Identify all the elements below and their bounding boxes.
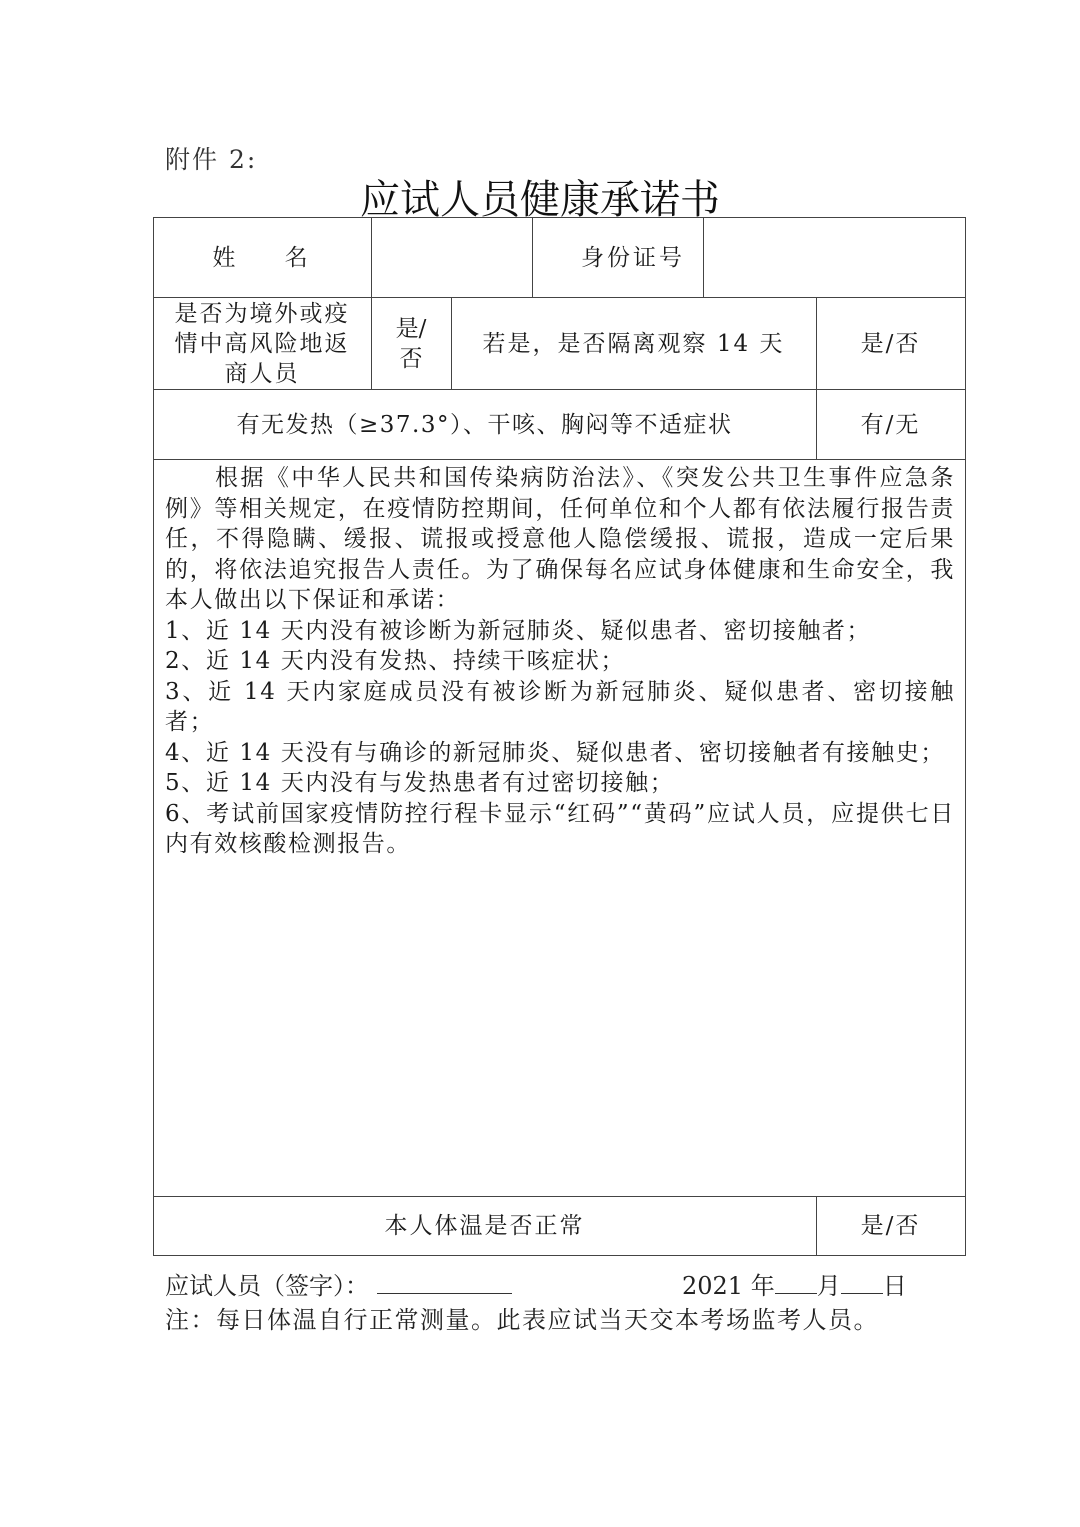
overseas-risk-question: 是否为境外或疫 情中高风险地返 商人员 [153,297,371,390]
footnote: 注：每日体温自行正常测量。此表应试当天交本考场监考人员。 [165,1300,879,1335]
commitment-item-2: 2、近 14 天内没有发热、持续干咳症状； [165,646,955,677]
overseas-risk-answer[interactable]: 是/ 否 [371,297,451,390]
commitment-item-5: 5、近 14 天内没有与发热患者有过密切接触； [165,768,955,799]
signature-row: 应试人员（签字）： [165,1266,512,1301]
name-label: 姓 名 [153,217,371,298]
id-number-label: 身份证号 [533,217,703,298]
temperature-answer[interactable]: 是/否 [816,1196,965,1256]
commitment-intro: 根据《中华人民共和国传染病防治法》、《突发公共卫生事件应急条例》等相关规定，在疫… [165,463,955,616]
date-day-field[interactable] [841,1271,883,1294]
question-line: 商人员 [225,359,300,389]
temperature-question: 本人体温是否正常 [153,1196,816,1256]
date-month-label: 月 [817,1272,841,1300]
date-day-label: 日 [883,1272,907,1300]
symptoms-answer[interactable]: 有/无 [816,389,965,460]
name-input-cell[interactable] [372,218,532,297]
symptoms-question: 有无发热（≥37.3°）、干咳、胸闷等不适症状 [153,389,816,460]
commitment-text: 根据《中华人民共和国传染病防治法》、《突发公共卫生事件应急条例》等相关规定，在疫… [165,463,955,860]
date-year: 2021 年 [682,1272,775,1300]
quarantine-question: 若是，是否隔离观察 14 天 [451,297,816,390]
answer-line: 否 [400,344,423,374]
id-number-input-cell[interactable] [704,218,965,297]
question-line: 情中高风险地返 [175,329,350,359]
date-month-field[interactable] [775,1271,817,1294]
commitment-item-1: 1、近 14 天内没有被诊断为新冠肺炎、疑似患者、密切接触者； [165,616,955,647]
answer-line: 是/ [396,314,427,344]
question-line: 是否为境外或疫 [175,299,350,329]
signature-label: 应试人员（签字）： [165,1272,369,1300]
date-row: 2021 年月日 [682,1266,907,1301]
commitment-item-6: 6、考试前国家疫情防控行程卡显示“红码”“黄码”应试人员，应提供七日内有效核酸检… [165,799,955,860]
commitment-item-4: 4、近 14 天没有与确诊的新冠肺炎、疑似患者、密切接触者有接触史； [165,738,955,769]
quarantine-answer[interactable]: 是/否 [816,297,965,390]
signature-field[interactable] [377,1271,512,1294]
commitment-item-3: 3、近 14 天内家庭成员没有被诊断为新冠肺炎、疑似患者、密切接触者； [165,677,955,738]
table-border-right [965,217,966,1256]
